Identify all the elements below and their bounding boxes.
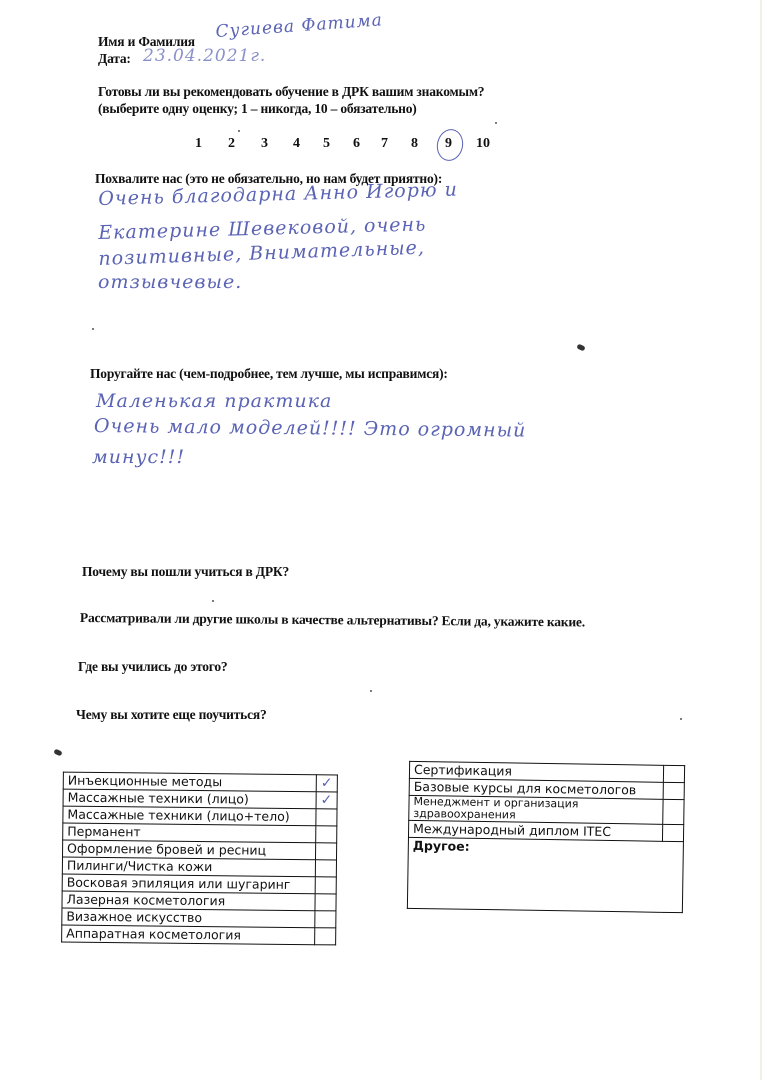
rating-scale: 12345678910 [195,136,505,162]
course-label: Перманент [63,823,316,843]
question-why-drk: Почему вы пошли учиться в ДРК? [82,564,289,580]
scan-dot [680,718,682,720]
course-checkbox[interactable] [316,809,337,826]
course-checkbox[interactable] [662,824,684,841]
course-label: Массажные техники (лицо+тело) [63,806,316,826]
rating-option-6[interactable]: 6 [353,136,360,152]
rating-option-7[interactable]: 7 [381,136,388,152]
criticism-answer-line: минус!!! [92,446,185,468]
course-row: Перманент [63,823,337,843]
course-row: Восковая эпиляция или шугаринг [62,874,336,894]
course-label: Аппаратная косметология [62,925,315,945]
date-label: Дата: [98,51,131,67]
scan-dot [238,130,240,132]
rating-option-10[interactable]: 10 [476,136,490,152]
course-row: Массажные техники (лицо)✓ [63,789,337,809]
course-checkbox[interactable] [315,826,336,843]
criticism-answer-line: Маленькая практика [96,390,332,412]
courses-table-right: СертификацияБазовые курсы для косметолог… [407,761,685,913]
scan-dot [212,600,214,602]
rating-option-4[interactable]: 4 [293,136,300,152]
rating-option-8[interactable]: 8 [411,136,418,152]
date-value[interactable]: 23.04.2021г. [143,46,266,66]
course-label: Менеджмент и организация здравоохранения [409,795,663,824]
question-further-study: Чему вы хотите еще поучиться? [76,707,267,723]
other-field[interactable]: Другое: [407,837,683,912]
course-checkbox[interactable] [315,860,336,877]
rating-option-2[interactable]: 2 [228,136,235,152]
course-label: Оформление бровей и ресниц [63,840,316,860]
course-checkbox[interactable]: ✓ [316,792,337,809]
course-checkbox[interactable] [315,877,336,894]
check-icon: ✓ [321,775,333,791]
recommend-question: Готовы ли вы рекомендовать обучение в ДР… [98,84,484,100]
name-value[interactable]: Сугиева Фатима [215,10,383,42]
question-prior-study: Где вы учились до этого? [78,659,227,675]
criticism-answer-line: Очень мало моделей!!!! Это огромный [94,415,527,442]
rating-option-3[interactable]: 3 [261,136,268,152]
question-alternatives: Рассматривали ли другие школы в качестве… [80,610,585,630]
scan-dot [92,328,94,330]
course-row: Визажное искусство [62,908,336,928]
course-label: Визажное искусство [62,908,315,928]
course-label: Инъекционные методы [63,772,316,792]
course-label: Массажные техники (лицо) [63,789,316,809]
course-label: Лазерная косметология [62,891,315,911]
course-row: Аппаратная косметология [62,925,336,945]
course-checkbox[interactable] [315,843,336,860]
course-checkbox[interactable] [314,928,335,945]
scan-smudge [576,344,585,352]
course-row: Пилинги/Чистка кожи [62,857,336,877]
check-icon: ✓ [321,792,333,808]
course-row: Инъекционные методы✓ [63,772,337,792]
praise-answer-line: отзывчевые. [98,271,242,293]
page-edge [760,0,762,1080]
recommend-hint: (выберите одну оценку; 1 – никогда, 10 –… [98,101,417,117]
course-checkbox[interactable] [663,765,685,782]
course-checkbox[interactable] [314,911,335,928]
course-row: Массажные техники (лицо+тело) [63,806,337,826]
course-row: Оформление бровей и ресниц [63,840,337,860]
selected-circle [434,127,466,164]
course-checkbox[interactable] [662,799,684,824]
course-label: Пилинги/Чистка кожи [62,857,315,877]
course-row: Лазерная косметология [62,891,336,911]
courses-table-left: Инъекционные методы✓Массажные техники (л… [61,772,338,946]
scan-dot [370,690,372,692]
course-row: Менеджмент и организация здравоохранения [409,795,684,824]
scan-dot [495,122,497,124]
rating-option-1[interactable]: 1 [195,136,202,152]
course-checkbox[interactable] [315,894,336,911]
course-label: Восковая эпиляция или шугаринг [62,874,315,894]
scan-smudge [53,749,62,757]
course-checkbox[interactable] [663,782,685,799]
course-checkbox[interactable]: ✓ [316,775,337,792]
other-label: Другое: [413,838,470,854]
criticism-question: Поругайте нас (чем-подробнее, тем лучше,… [90,366,448,382]
rating-option-9[interactable]: 9 [445,136,452,152]
rating-option-5[interactable]: 5 [323,136,330,152]
